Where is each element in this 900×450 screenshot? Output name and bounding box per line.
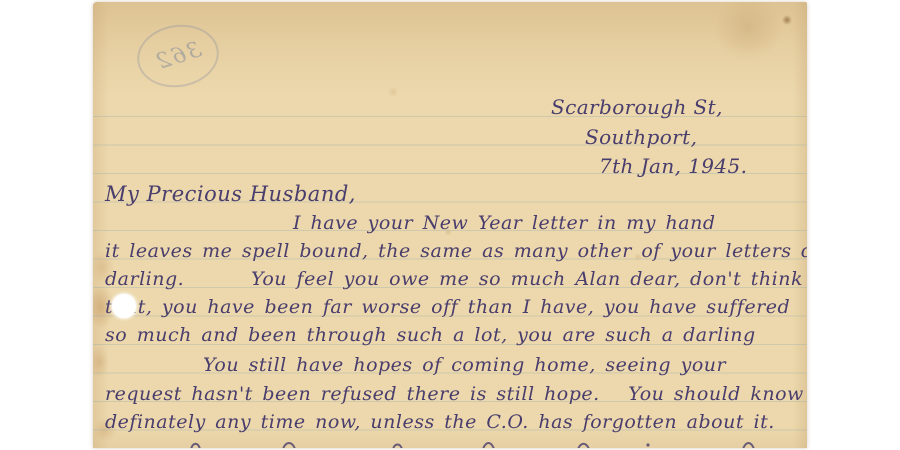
letter-line-8: definately any time now, unless the C.O.… (105, 411, 775, 433)
letter-paper: 362 Scarborough St, Southport, 7th Jan, … (93, 2, 807, 448)
pencil-number: 362 (151, 37, 204, 76)
letter-line-4: that, you have been far worse off than I… (105, 296, 790, 318)
address-line-date: 7th Jan, 1945. (599, 154, 747, 178)
letter-line-2: it leaves me spell bound, the same as ma… (105, 240, 807, 262)
letter-line-7: request hasn't been refused there is sti… (105, 383, 804, 405)
salutation: My Precious Husband, (105, 182, 356, 206)
letter-scan-page: 362 Scarborough St, Southport, 7th Jan, … (0, 0, 900, 450)
address-line-street: Scarborough St, (551, 95, 723, 119)
letter-line-3: darling. You feel you owe me so much Ala… (105, 268, 803, 290)
letter-line-6: You still have hopes of coming home, see… (203, 354, 726, 376)
punch-hole (112, 294, 136, 318)
pencil-circle-mark: 362 (133, 19, 224, 93)
letter-line-1: I have your New Year letter in my hand (293, 212, 715, 234)
partial-line-strokes (183, 441, 803, 448)
address-line-town: Southport, (585, 125, 697, 149)
letter-line-5: so much and been through such a lot, you… (105, 324, 756, 346)
